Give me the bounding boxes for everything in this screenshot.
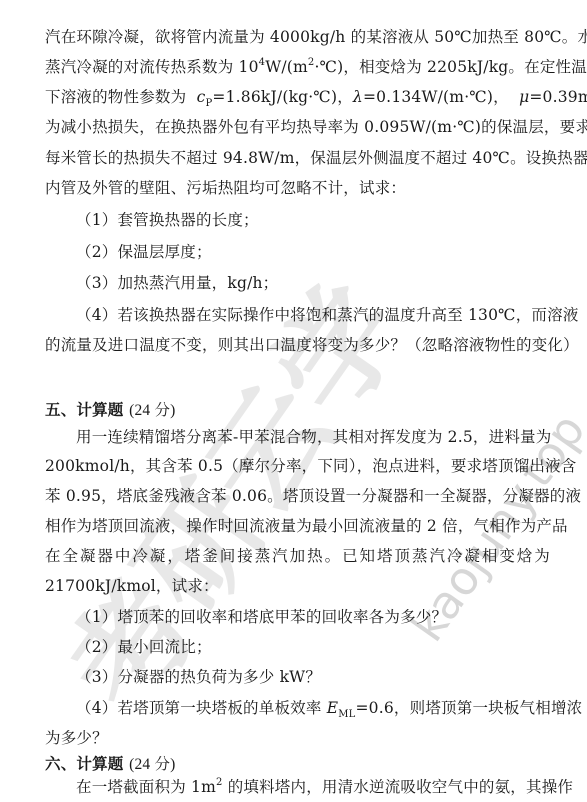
section-score: (24 分) (129, 402, 175, 419)
paragraph-line: 21700kJ/kmol，试求： (45, 576, 550, 596)
question-item: （2）保温层厚度； (76, 242, 581, 262)
paragraph-line: 苯 0.95，塔底釜残液含苯 0.06。塔顶设置一分凝器和一全凝器，分凝器的液 (45, 486, 550, 506)
paragraph-line: 汽在环隙冷凝，欲将管内流量为 4000kg/h 的某溶液从 50℃加热至 80℃… (45, 27, 550, 47)
question-continuation: 的流量及进口温度不变，则其出口温度将变为多少？（忽略溶液物性的变化） (45, 335, 550, 355)
question-item: （4）若塔顶第一块塔板的单板效率 EML=0.6，则塔顶第一块板气相增浓 (76, 698, 550, 718)
section-title: 六、计算题 (45, 755, 124, 773)
section-heading: 五、计算题 (24 分) (45, 400, 550, 421)
question-item: （3）加热蒸汽用量，kg/h； (76, 273, 581, 293)
question-item: （2）最小回流比； (76, 637, 581, 657)
question-item: （1）套管换热器的长度； (76, 210, 581, 230)
paragraph-line: 为减小热损失，在换热器外包有平均热导率为 0.095W/(m·℃)的保温层，要求 (45, 117, 550, 137)
question-continuation: 为多少？ (45, 728, 550, 748)
question-item: （4）若该换热器在实际操作中将饱和蒸汽的温度升高至 130℃，而溶液 (76, 305, 550, 325)
paragraph-line: 在全凝器中冷凝，塔釜间接蒸汽加热。已知塔顶蒸汽冷凝相变焓为 (45, 546, 550, 566)
paragraph-line: 每米管长的热损失不超过 94.8W/m，保温层外侧温度不超过 40℃。设换热器 (45, 148, 550, 168)
paragraph-line: 200kmol/h，其含苯 0.5（摩尔分率，下同），泡点进料，要求塔顶馏出液含 (45, 456, 550, 476)
paragraph-line: 下溶液的物性参数为 cP=1.86kJ/(kg·℃)，λ=0.134W/(m·℃… (45, 87, 550, 107)
paragraph-line: 相作为塔顶回流液，操作时回流液量为最小回流液量的 2 倍，气相作为产品 (45, 516, 550, 536)
paragraph-line: 在一塔截面积为 1m2 的填料塔内，用清水逆流吸收空气中的氨，其操作 (76, 777, 550, 797)
section-score: (24 分) (129, 756, 175, 773)
paragraph-line: 蒸汽冷凝的对流传热系数为 104W/(m2·℃)，相变焓为 2205kJ/kg。… (45, 57, 550, 77)
question-item: （1）塔顶苯的回收率和塔底甲苯的回收率各为多少？ (76, 607, 581, 627)
exam-page: 考研云学 kaojuny.top 汽在环隙冷凝，欲将管内流量为 4000kg/h… (0, 0, 587, 802)
question-item: （3）分凝器的热负荷为多少 kW？ (76, 667, 581, 687)
section-title: 五、计算题 (45, 401, 124, 419)
paragraph-line: 用一连续精馏塔分离苯-甲苯混合物，其相对挥发度为 2.5，进料量为 (76, 427, 550, 447)
section-heading: 六、计算题 (24 分) (45, 754, 550, 775)
paragraph-line: 内管及外管的壁阻、污垢热阻均可忽略不计，试求： (45, 178, 550, 198)
